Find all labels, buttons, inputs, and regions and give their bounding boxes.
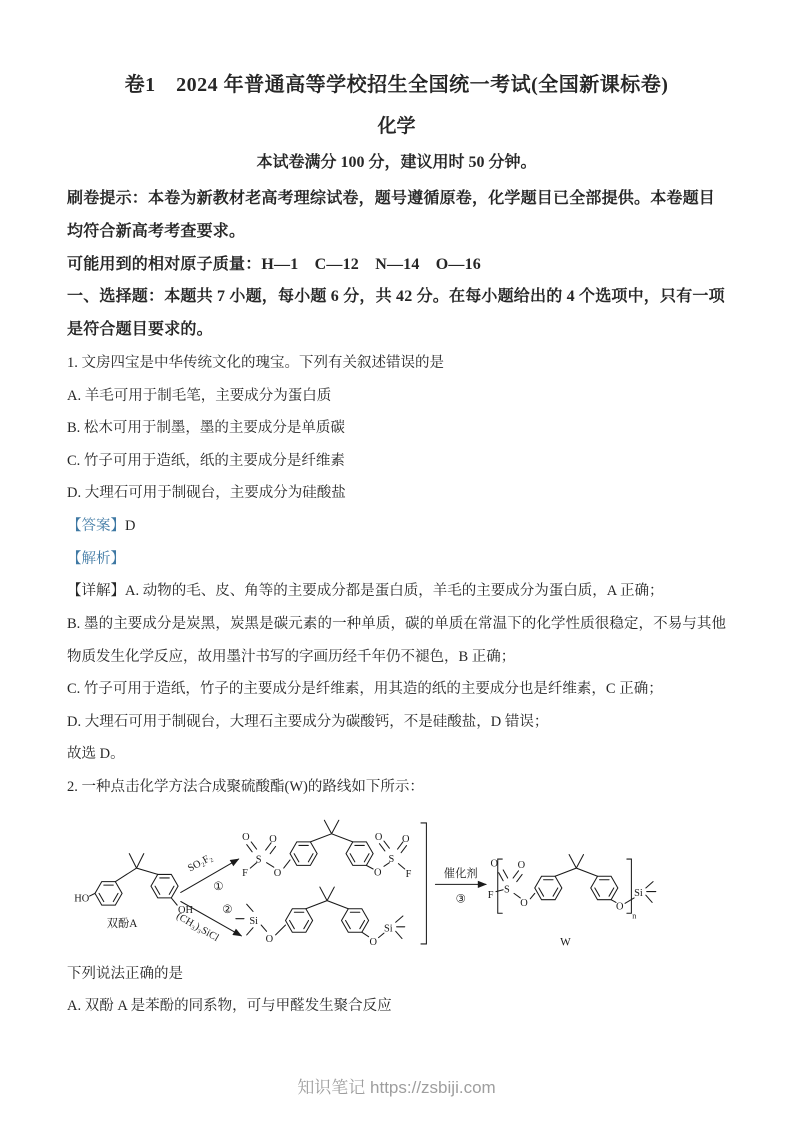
q1-detail-a: 【详解】A. 动物的毛、皮、角等的主要成分都是蛋白质，羊毛的主要成分为蛋白质，A… (67, 575, 726, 608)
o-atom: O (375, 832, 383, 843)
reagent-tmscl-label: (CH₃)₃SiCl (174, 911, 220, 944)
s-atom: S (388, 854, 394, 865)
f-atom: F (488, 890, 494, 901)
s-atom: S (504, 884, 510, 895)
polymer-n-subscript: n (632, 911, 636, 920)
q2-option-a: A. 双酚 A 是苯酚的同系物，可与甲醛发生聚合反应 (67, 990, 726, 1023)
q1-analysis-row: 【解析】 (67, 543, 726, 576)
benzene-ring (151, 874, 178, 897)
section-header-line-2: 是符合题目要求的。 (67, 314, 726, 347)
catalyst-label: 催化剂 (444, 866, 478, 880)
q1-option-a: A. 羊毛可用于制毛笔，主要成分为蛋白质 (67, 380, 726, 413)
q1-detail-c: C. 竹子可用于造纸，竹子的主要成分是纤维素，用其造的纸的主要成分也是纤维素，C… (67, 673, 726, 706)
o-atom: O (518, 860, 526, 871)
si-atom: Si (634, 888, 643, 899)
q1-option-b: B. 松木可用于制墨，墨的主要成分是单质碳 (67, 412, 726, 445)
q1-stem: 1. 文房四宝是中华传统文化的瑰宝。下列有关叙述错误的是 (67, 347, 726, 380)
exam-title: 卷1 2024 年普通高等学校招生全国统一考试(全国新课标卷) (67, 68, 726, 97)
s-atom: S (256, 854, 262, 865)
o-atom: O (266, 934, 274, 945)
answer-value: D (125, 518, 135, 534)
step1-circled-number: ① (213, 881, 223, 893)
notice-line-2: 均符合新高考考查要求。 (67, 216, 726, 249)
atomic-mass-line: 可能用到的相对原子质量：H—1 C—12 N—14 O—16 (67, 249, 726, 282)
benzene-ring (286, 908, 313, 931)
q2-follow-line: 下列说法正确的是 (67, 958, 726, 991)
f-atom: F (242, 868, 248, 879)
o-atom: O (491, 858, 499, 869)
o-atom: O (242, 832, 250, 843)
o-atom: O (274, 868, 282, 879)
q1-conclusion: 故选 D。 (67, 738, 726, 771)
benzene-ring (290, 842, 317, 865)
ho-label: HO (74, 893, 89, 904)
q1-option-c: C. 竹子可用于造纸，纸的主要成分是纤维素 (67, 445, 726, 478)
bisphenol-a-label: 双酚A (107, 917, 139, 930)
product-w-label: W (560, 936, 571, 948)
step2-circled-number: ② (222, 904, 232, 916)
q1-answer-row: 【答案】D (67, 510, 726, 543)
notice-line-1: 刷卷提示：本卷为新教材老高考理综试卷，题号遵循原卷，化学题目已全部提供。本卷题目 (67, 183, 726, 216)
benzene-ring (591, 876, 618, 899)
reaction-scheme-figure: HO OH 双酚A SO₂F₂ ① F S O O O O S O (67, 808, 726, 958)
benzene-ring (346, 842, 373, 865)
answer-label: 【答案】 (67, 518, 125, 534)
si-atom: Si (249, 916, 258, 927)
f-atom: F (406, 869, 412, 880)
si-atom: Si (384, 923, 393, 934)
q1-detail-d: D. 大理石可用于制砚台，大理石主要成分为碳酸钙，不是硅酸盐，D 错误； (67, 706, 726, 739)
step3-circled-number: ③ (456, 893, 466, 905)
benzene-ring (342, 908, 369, 931)
watermark-footer: 知识笔记 https://zsbiji.com (0, 1073, 793, 1098)
q1-option-d: D. 大理石可用于制砚台，主要成分为硅酸盐 (67, 477, 726, 510)
analysis-label: 【解析】 (67, 551, 125, 567)
exam-subject: 化学 (67, 111, 726, 138)
benzene-ring (95, 881, 122, 904)
reagent-so2f2-label: SO₂F₂ (186, 852, 215, 875)
q2-stem: 2. 一种点击化学方法合成聚硫酸酯(W)的路线如下所示： (67, 771, 726, 804)
q1-detail-b: B. 墨的主要成分是炭黑，炭黑是碳元素的一种单质，碳的单质在常温下的化学性质很稳… (67, 608, 726, 673)
exam-info-line: 本试卷满分 100 分，建议用时 50 分钟。 (67, 149, 726, 172)
benzene-ring (535, 876, 562, 899)
o-atom: O (402, 834, 410, 845)
o-atom: O (374, 867, 382, 878)
exam-document-page: 卷1 2024 年普通高等学校招生全国统一考试(全国新课标卷) 化学 本试卷满分… (0, 0, 793, 1122)
section-header-line-1: 一、选择题：本题共 7 小题，每小题 6 分，共 42 分。在每小题给出的 4 … (67, 281, 726, 314)
o-atom: O (616, 901, 624, 912)
reaction-scheme-svg: HO OH 双酚A SO₂F₂ ① F S O O O O S O (67, 808, 663, 958)
o-atom: O (370, 937, 378, 948)
o-atom: O (520, 898, 528, 909)
